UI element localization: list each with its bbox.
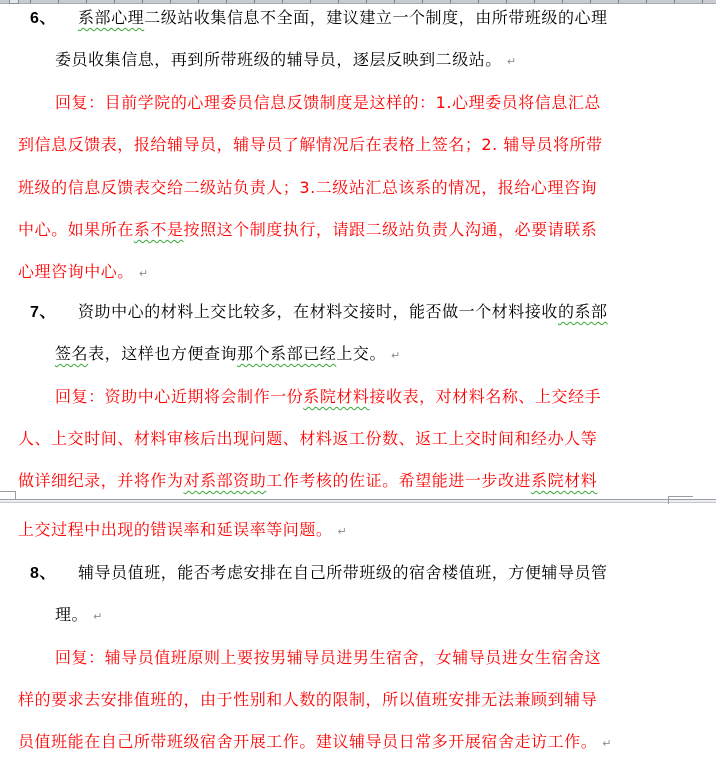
item-8-reply-line-1: 回复：辅导员值班原则上要按男辅导员进男生宿舍，女辅导员进女生宿舍这 — [55, 646, 601, 670]
paragraph-mark-icon: ↵ — [93, 610, 102, 623]
spellcheck-flag[interactable]: 签名 — [55, 344, 88, 363]
ruler-tick — [646, 0, 647, 3]
paragraph-mark-icon: ↵ — [337, 525, 346, 538]
item-6-reply-line-2: 到信息反馈表，报给辅导员，辅导员了解情况后在表格上签名；2. 辅导员将所带 — [18, 133, 603, 157]
item-6-reply-line-3: 班级的信息反馈表交给二级站负责人；3.二级站汇总该系的情况，报给心理咨询 — [18, 176, 597, 200]
ruler-tick — [282, 0, 283, 3]
item-6-question-line-2: 委员收集信息，再到所带班级的辅导员，逐层反映到二级站。↵ — [55, 48, 516, 72]
ruler-tick — [562, 0, 563, 3]
ruler-tick — [702, 0, 703, 3]
paragraph-mark-icon: ↵ — [391, 349, 400, 362]
ruler-tick — [226, 0, 227, 3]
spellcheck-flag[interactable]: 系院材料 — [303, 387, 369, 406]
item-8-question-line-2: 理。↵ — [55, 603, 102, 627]
page-break — [0, 499, 716, 503]
ruler-tick — [534, 0, 535, 3]
paragraph-mark-icon: ↵ — [602, 737, 611, 750]
item-8-question-line-1: 8、辅导员值班，能否考虑安排在自己所带班级的宿舍楼值班，方便辅导员管 — [30, 561, 608, 585]
item-7-reply-line-1: 回复：资助中心近期将会制作一份系院材料接收表，对材料名称、上交经手 — [55, 385, 601, 409]
spellcheck-flag[interactable]: 系不是 — [134, 220, 184, 239]
ruler-tick — [142, 0, 143, 3]
ruler-tick — [338, 0, 339, 3]
ruler-tick — [366, 0, 367, 3]
item-6-reply-line-1: 回复：目前学院的心理委员信息反馈制度是这样的：1.心理委员将信息汇总 — [55, 91, 601, 115]
spellcheck-flag[interactable]: 那个系部已经 — [237, 344, 336, 363]
ruler-tick — [590, 0, 591, 3]
paragraph-mark-icon: ↵ — [507, 55, 516, 68]
document-page-2[interactable]: 上交过程中出现的错误率和延误率等问题。↵ 8、辅导员值班，能否考虑安排在自己所带… — [0, 504, 716, 765]
ruler-tick — [254, 0, 255, 3]
document-page-1[interactable]: 6、系部心理二级站收集信息不全面，建议建立一个制度，由所带班级的心理 委员收集信… — [0, 4, 716, 498]
spellcheck-flag[interactable]: 系部心理 — [78, 8, 144, 27]
ruler-tick — [310, 0, 311, 3]
ruler-tick — [674, 0, 675, 3]
item-8-number: 8、 — [30, 565, 56, 582]
item-7-reply-line-3: 做详细纪录，并将作为对系部资助工作考核的佐证。希望能进一步改进系院材料 — [18, 469, 597, 493]
item-8-reply-line-3: 员值班能在自己所带班级宿舍开展工作。建议辅导员日常多开展宿舍走访工作。↵ — [18, 730, 611, 754]
ruler-tick — [450, 0, 451, 3]
item-7-reply-line-4: 上交过程中出现的错误率和延误率等问题。↵ — [18, 518, 347, 542]
item-7-reply-line-2: 人、上交时间、材料审核后出现问题、材料返工份数、返工上交时间和经办人等 — [18, 427, 597, 451]
item-6-question-line-1: 6、系部心理二级站收集信息不全面，建议建立一个制度，由所带班级的心理 — [30, 6, 608, 30]
ruler-tick — [478, 0, 479, 3]
ruler-tick — [30, 0, 31, 3]
ruler-tick — [422, 0, 423, 3]
ruler-tick — [170, 0, 171, 3]
ruler-tick — [506, 0, 507, 3]
ruler-tick — [86, 0, 87, 3]
spellcheck-flag[interactable]: 系院材料 — [531, 471, 597, 490]
item-7-question-line-1: 7、资助中心的材料上交比较多，在材料交接时，能否做一个材料接收的系部 — [30, 300, 608, 324]
item-8-reply-line-2: 样的要求去安排值班的，由于性别和人数的限制，所以值班安排无法兼顾到辅导 — [18, 688, 597, 712]
ruler-tick — [618, 0, 619, 3]
item-7-question-line-2: 签名表，这样也方便查询那个系部已经上交。↵ — [55, 342, 400, 366]
ruler-tick — [198, 0, 199, 3]
spellcheck-flag[interactable]: 对系部资助 — [184, 471, 267, 490]
item-6-reply-line-5: 心理咨询中心。↵ — [18, 260, 148, 284]
ruler-tick — [58, 0, 59, 3]
paragraph-mark-icon: ↵ — [139, 267, 148, 280]
ruler-tick — [114, 0, 115, 3]
ruler-tick — [394, 0, 395, 3]
item-6-number: 6、 — [30, 10, 56, 27]
item-6-reply-line-4: 中心。如果所在系不是按照这个制度执行，请跟二级站负责人沟通，必要请联系 — [18, 218, 597, 242]
spellcheck-flag[interactable]: 的系部 — [558, 302, 608, 321]
item-7-number: 7、 — [30, 304, 56, 321]
